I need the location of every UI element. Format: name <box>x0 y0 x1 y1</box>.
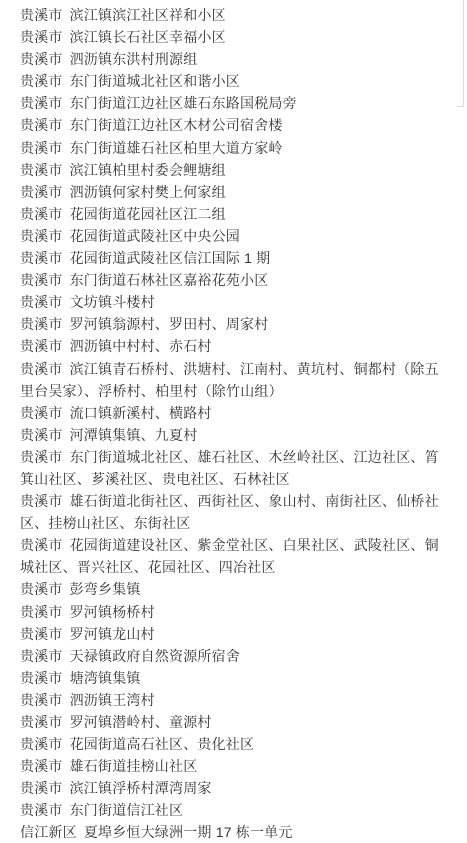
list-item: 贵溪市雄石街道挂榜山社区 <box>20 755 445 777</box>
region-label: 贵溪市 <box>20 250 63 266</box>
region-label: 贵溪市 <box>20 493 63 509</box>
list-item: 贵溪市花园街道花园社区江二组 <box>20 203 445 225</box>
list-item: 贵溪市雄石街道北街社区、西街社区、象山村、南街社区、仙桥社区、挂榜山社区、东街社… <box>20 490 445 534</box>
region-label: 贵溪市 <box>20 692 63 708</box>
region-label: 贵溪市 <box>20 162 63 178</box>
list-item: 贵溪市滨江镇长石社区幸福小区 <box>20 26 445 48</box>
list-item: 贵溪市泗沥镇王湾村 <box>20 689 445 711</box>
address-text: 东门街道雄石社区柏里大道方家岭 <box>70 140 283 156</box>
list-item: 贵溪市罗河镇杨桥村 <box>20 601 445 623</box>
address-text: 东门街道城北社区和谐小区 <box>70 73 240 89</box>
address-text: 泗沥镇东洪村刑源组 <box>70 51 198 67</box>
region-label: 贵溪市 <box>20 780 63 796</box>
address-text: 罗河镇潜岭村、童源村 <box>70 714 212 730</box>
region-label: 贵溪市 <box>20 338 63 354</box>
address-text: 花园街道武陵社区信江国际 1 期 <box>70 250 271 266</box>
region-label: 贵溪市 <box>20 670 63 686</box>
region-label: 贵溪市 <box>20 140 63 156</box>
region-label: 贵溪市 <box>20 427 63 443</box>
address-text: 滨江镇滨江社区祥和小区 <box>70 7 226 23</box>
region-label: 贵溪市 <box>20 206 63 222</box>
address-text: 流口镇新溪村、横路村 <box>70 405 212 421</box>
region-label: 贵溪市 <box>20 29 63 45</box>
list-item: 贵溪市东门街道城北社区和谐小区 <box>20 70 445 92</box>
region-label: 贵溪市 <box>20 51 63 67</box>
list-item: 贵溪市东门街道石林社区嘉裕花苑小区 <box>20 269 445 291</box>
address-text: 文坊镇斗楼村 <box>70 294 155 310</box>
address-text: 东门街道石林社区嘉裕花苑小区 <box>70 272 269 288</box>
list-item: 贵溪市流口镇新溪村、横路村 <box>20 402 445 424</box>
list-item: 贵溪市花园街道建设社区、紫金堂社区、白果社区、武陵社区、铜城社区、晋兴社区、花园… <box>20 534 445 578</box>
list-item: 贵溪市泗沥镇何家村樊上何家组 <box>20 181 445 203</box>
region-label: 贵溪市 <box>20 405 63 421</box>
address-text: 河潭镇集镇、九夏村 <box>70 427 198 443</box>
list-item: 贵溪市东门街道江边社区雄石东路国税局旁 <box>20 92 445 114</box>
list-item: 贵溪市河潭镇集镇、九夏村 <box>20 424 445 446</box>
region-label: 贵溪市 <box>20 537 63 553</box>
list-item: 贵溪市泗沥镇东洪村刑源组 <box>20 48 445 70</box>
address-text: 雄石街道挂榜山社区 <box>70 758 198 774</box>
address-text: 塘湾镇集镇 <box>70 670 141 686</box>
list-item: 贵溪市滨江镇滨江社区祥和小区 <box>20 4 445 26</box>
list-item: 贵溪市东门街道雄石社区柏里大道方家岭 <box>20 137 445 159</box>
list-item: 贵溪市东门街道城北社区、雄石社区、木丝岭社区、江边社区、筲箕山社区、芗溪社区、贵… <box>20 446 445 490</box>
region-label: 贵溪市 <box>20 802 63 818</box>
region-label: 贵溪市 <box>20 7 63 23</box>
region-label: 贵溪市 <box>20 272 63 288</box>
list-item: 贵溪市滨江镇柏里村委会鲤塘组 <box>20 159 445 181</box>
list-item: 贵溪市东门街道江边社区木材公司宿舍楼 <box>20 114 445 136</box>
list-item: 贵溪市罗河镇翁源村、罗田村、周家村 <box>20 313 445 335</box>
region-label: 贵溪市 <box>20 294 63 310</box>
list-item: 贵溪市泗沥镇中村村、赤石村 <box>20 335 445 357</box>
region-label: 贵溪市 <box>20 604 63 620</box>
region-label: 贵溪市 <box>20 758 63 774</box>
address-text: 滨江镇柏里村委会鲤塘组 <box>70 162 226 178</box>
address-text: 夏埠乡恒大绿洲一期 17 栋一单元 <box>84 824 293 840</box>
address-text: 罗河镇杨桥村 <box>70 604 155 620</box>
address-text: 罗河镇翁源村、罗田村、周家村 <box>70 316 269 332</box>
address-text: 滨江镇长石社区幸福小区 <box>70 29 226 45</box>
list-item: 贵溪市东门街道信江社区 <box>20 799 445 821</box>
address-text: 雄石街道北街社区、西街社区、象山村、南街社区、仙桥社区、挂榜山社区、东街社区 <box>20 493 439 531</box>
list-item: 贵溪市罗河镇潜岭村、童源村 <box>20 711 445 733</box>
address-text: 东门街道信江社区 <box>70 802 184 818</box>
list-item: 贵溪市天禄镇政府自然资源所宿舍 <box>20 645 445 667</box>
list-item: 贵溪市罗河镇龙山村 <box>20 623 445 645</box>
region-label: 贵溪市 <box>20 228 63 244</box>
region-label: 信江新区 <box>20 824 77 840</box>
address-text: 东门街道江边社区雄石东路国税局旁 <box>70 95 297 111</box>
address-text: 花园街道花园社区江二组 <box>70 206 226 222</box>
address-text: 滨江镇浮桥村潭湾周家 <box>70 780 212 796</box>
region-label: 贵溪市 <box>20 73 63 89</box>
region-label: 贵溪市 <box>20 361 63 377</box>
list-item: 贵溪市滨江镇浮桥村潭湾周家 <box>20 777 445 799</box>
list-item: 贵溪市花园街道武陵社区信江国际 1 期 <box>20 247 445 269</box>
address-text: 花园街道武陵社区中央公园 <box>70 228 240 244</box>
address-text: 罗河镇龙山村 <box>70 626 155 642</box>
region-label: 贵溪市 <box>20 449 63 465</box>
address-text: 花园街道建设社区、紫金堂社区、白果社区、武陵社区、铜城社区、晋兴社区、花园社区、… <box>20 537 439 575</box>
region-label: 贵溪市 <box>20 736 63 752</box>
address-text: 泗沥镇王湾村 <box>70 692 155 708</box>
list-item: 贵溪市滨江镇青石桥村、洪塘村、江南村、黄坑村、铜都村（除五里台吴家）、浮桥村、柏… <box>20 358 445 402</box>
region-label: 贵溪市 <box>20 626 63 642</box>
region-label: 贵溪市 <box>20 95 63 111</box>
region-label: 贵溪市 <box>20 316 63 332</box>
address-list: 贵溪市滨江镇滨江社区祥和小区 贵溪市滨江镇长石社区幸福小区 贵溪市泗沥镇东洪村刑… <box>0 0 467 843</box>
list-item: 贵溪市花园街道武陵社区中央公园 <box>20 225 445 247</box>
list-item: 信江新区夏埠乡恒大绿洲一期 17 栋一单元 <box>20 821 445 843</box>
address-text: 泗沥镇何家村樊上何家组 <box>70 184 226 200</box>
region-label: 贵溪市 <box>20 184 63 200</box>
address-text: 泗沥镇中村村、赤石村 <box>70 338 212 354</box>
region-label: 贵溪市 <box>20 648 63 664</box>
list-item: 贵溪市彭弯乡集镇 <box>20 578 445 600</box>
region-label: 贵溪市 <box>20 581 63 597</box>
address-text: 东门街道城北社区、雄石社区、木丝岭社区、江边社区、筲箕山社区、芗溪社区、贵电社区… <box>20 449 439 487</box>
region-label: 贵溪市 <box>20 117 63 133</box>
region-label: 贵溪市 <box>20 714 63 730</box>
address-text: 天禄镇政府自然资源所宿舍 <box>70 648 240 664</box>
address-text: 滨江镇青石桥村、洪塘村、江南村、黄坑村、铜都村（除五里台吴家）、浮桥村、柏里村（… <box>20 361 439 399</box>
address-text: 花园街道高石社区、贵化社区 <box>70 736 255 752</box>
address-text: 彭弯乡集镇 <box>70 581 141 597</box>
address-text: 东门街道江边社区木材公司宿舍楼 <box>70 117 283 133</box>
list-item: 贵溪市塘湾镇集镇 <box>20 667 445 689</box>
list-item: 贵溪市花园街道高石社区、贵化社区 <box>20 733 445 755</box>
list-item: 贵溪市文坊镇斗楼村 <box>20 291 445 313</box>
